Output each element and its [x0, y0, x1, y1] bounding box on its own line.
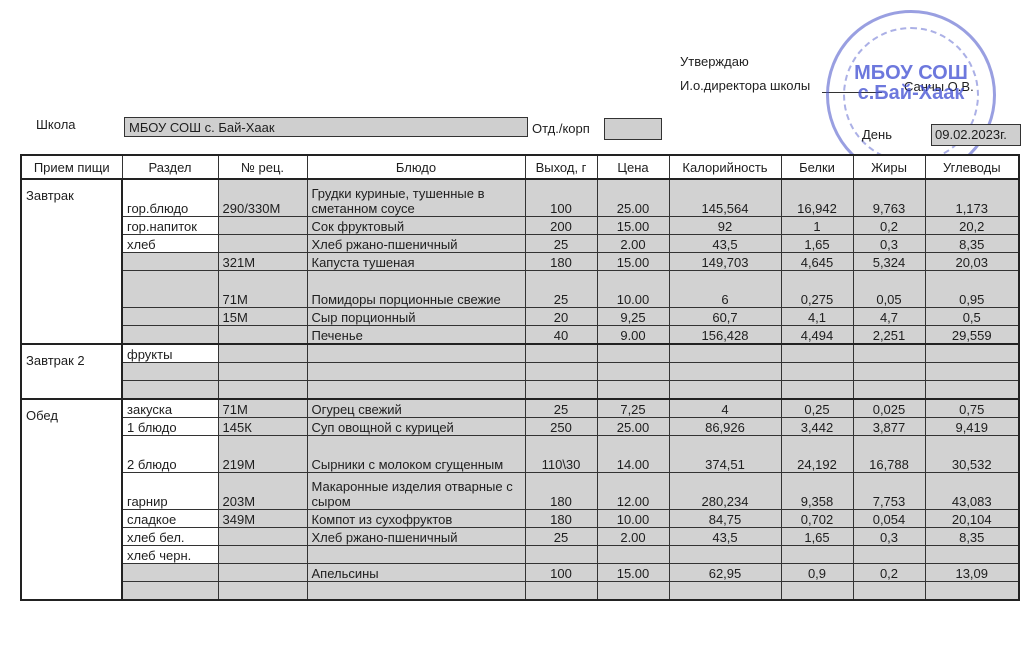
table-row: сладкое349МКомпот из сухофруктов18010.00…: [21, 510, 1019, 528]
section-cell: закуска: [122, 399, 218, 418]
kcal-cell: 60,7: [669, 308, 781, 326]
protein-cell: 4,1: [781, 308, 853, 326]
recipe-cell: [218, 217, 307, 235]
price-cell: 14.00: [597, 436, 669, 473]
section-cell: хлеб: [122, 235, 218, 253]
column-header: Блюдо: [307, 155, 525, 179]
meal-cell: Завтрак 2: [21, 344, 122, 399]
fat-cell: 7,753: [853, 473, 925, 510]
meal-cell: Завтрак: [21, 179, 122, 344]
column-header: Прием пищи: [21, 155, 122, 179]
yield-cell: 200: [525, 217, 597, 235]
fat-cell: [853, 344, 925, 363]
fat-cell: 2,251: [853, 326, 925, 345]
protein-cell: 4,494: [781, 326, 853, 345]
recipe-cell: [218, 582, 307, 601]
kcal-cell: 374,51: [669, 436, 781, 473]
yield-cell: 20: [525, 308, 597, 326]
dish-cell: Хлеб ржано-пшеничный: [307, 528, 525, 546]
recipe-cell: 71М: [218, 399, 307, 418]
dish-cell: Сырники с молоком сгущенным: [307, 436, 525, 473]
dept-label: Отд./корп: [532, 121, 590, 136]
carbs-cell: 8,35: [925, 235, 1019, 253]
price-cell: 9.00: [597, 326, 669, 345]
protein-cell: [781, 381, 853, 400]
kcal-cell: [669, 381, 781, 400]
section-cell: сладкое: [122, 510, 218, 528]
fat-cell: [853, 363, 925, 381]
day-label: День: [862, 127, 892, 142]
fat-cell: 16,788: [853, 436, 925, 473]
kcal-cell: 6: [669, 271, 781, 308]
yield-cell: 25: [525, 235, 597, 253]
recipe-cell: 145К: [218, 418, 307, 436]
dish-cell: Компот из сухофруктов: [307, 510, 525, 528]
table-header-row: Прием пищиРаздел№ рец.БлюдоВыход, гЦенаК…: [21, 155, 1019, 179]
carbs-cell: 43,083: [925, 473, 1019, 510]
meal-cell: Обед: [21, 399, 122, 600]
recipe-cell: 321М: [218, 253, 307, 271]
fat-cell: 0,025: [853, 399, 925, 418]
kcal-cell: [669, 582, 781, 601]
dish-cell: [307, 381, 525, 400]
carbs-cell: 29,559: [925, 326, 1019, 345]
carbs-cell: 13,09: [925, 564, 1019, 582]
protein-cell: [781, 546, 853, 564]
dish-cell: Апельсины: [307, 564, 525, 582]
carbs-cell: [925, 363, 1019, 381]
recipe-cell: [218, 381, 307, 400]
dish-cell: [307, 363, 525, 381]
protein-cell: 3,442: [781, 418, 853, 436]
yield-cell: [525, 546, 597, 564]
recipe-cell: [218, 528, 307, 546]
carbs-cell: 20,104: [925, 510, 1019, 528]
kcal-cell: 280,234: [669, 473, 781, 510]
carbs-cell: 9,419: [925, 418, 1019, 436]
kcal-cell: 43,5: [669, 528, 781, 546]
table-row: [21, 381, 1019, 400]
fat-cell: 0,05: [853, 271, 925, 308]
price-cell: 25.00: [597, 418, 669, 436]
yield-cell: 180: [525, 253, 597, 271]
fat-cell: 9,763: [853, 179, 925, 217]
price-cell: [597, 344, 669, 363]
column-header: Выход, г: [525, 155, 597, 179]
protein-cell: 24,192: [781, 436, 853, 473]
kcal-cell: 62,95: [669, 564, 781, 582]
protein-cell: 1: [781, 217, 853, 235]
kcal-cell: 84,75: [669, 510, 781, 528]
director-label: И.о.директора школы: [680, 78, 810, 93]
price-cell: [597, 381, 669, 400]
dish-cell: Капуста тушеная: [307, 253, 525, 271]
table-row: [21, 363, 1019, 381]
price-cell: 15.00: [597, 564, 669, 582]
table-row: хлеб черн.: [21, 546, 1019, 564]
recipe-cell: 71М: [218, 271, 307, 308]
protein-cell: 1,65: [781, 528, 853, 546]
price-cell: 10.00: [597, 271, 669, 308]
kcal-cell: 145,564: [669, 179, 781, 217]
carbs-cell: [925, 582, 1019, 601]
price-cell: 15.00: [597, 253, 669, 271]
yield-cell: 40: [525, 326, 597, 345]
kcal-cell: 4: [669, 399, 781, 418]
fat-cell: 0,3: [853, 528, 925, 546]
price-cell: 9,25: [597, 308, 669, 326]
yield-cell: [525, 381, 597, 400]
yield-cell: 110\30: [525, 436, 597, 473]
signature-line: [822, 92, 882, 93]
column-header: № рец.: [218, 155, 307, 179]
signer-name: Санчы О.В.: [904, 79, 974, 94]
table-row: Обедзакуска71МОгурец свежий257,2540,250,…: [21, 399, 1019, 418]
protein-cell: 9,358: [781, 473, 853, 510]
yield-cell: 250: [525, 418, 597, 436]
fat-cell: 3,877: [853, 418, 925, 436]
price-cell: 2.00: [597, 235, 669, 253]
fat-cell: 5,324: [853, 253, 925, 271]
recipe-cell: [218, 363, 307, 381]
kcal-cell: 43,5: [669, 235, 781, 253]
carbs-cell: 0,75: [925, 399, 1019, 418]
carbs-cell: 8,35: [925, 528, 1019, 546]
school-field[interactable]: МБОУ СОШ с. Бай-Хаак: [124, 117, 528, 137]
column-header: Раздел: [122, 155, 218, 179]
yield-cell: [525, 582, 597, 601]
menu-table: Прием пищиРаздел№ рец.БлюдоВыход, гЦенаК…: [20, 154, 1020, 601]
yield-cell: 25: [525, 399, 597, 418]
recipe-cell: [218, 344, 307, 363]
protein-cell: [781, 344, 853, 363]
dish-cell: Суп овощной с курицей: [307, 418, 525, 436]
column-header: Белки: [781, 155, 853, 179]
dish-cell: [307, 546, 525, 564]
dish-cell: [307, 344, 525, 363]
protein-cell: [781, 363, 853, 381]
section-cell: [122, 381, 218, 400]
section-cell: [122, 308, 218, 326]
table-row: Печенье409.00156,4284,4942,25129,559: [21, 326, 1019, 345]
recipe-cell: 219М: [218, 436, 307, 473]
dish-cell: Сок фруктовый: [307, 217, 525, 235]
dish-cell: [307, 582, 525, 601]
dish-cell: Сыр порционный: [307, 308, 525, 326]
price-cell: 2.00: [597, 528, 669, 546]
table-row: хлебХлеб ржано-пшеничный252.0043,51,650,…: [21, 235, 1019, 253]
yield-cell: [525, 363, 597, 381]
yield-cell: 25: [525, 528, 597, 546]
yield-cell: 180: [525, 510, 597, 528]
section-cell: [122, 271, 218, 308]
kcal-cell: [669, 344, 781, 363]
carbs-cell: [925, 381, 1019, 400]
table-row: хлеб бел.Хлеб ржано-пшеничный252.0043,51…: [21, 528, 1019, 546]
column-header: Углеводы: [925, 155, 1019, 179]
recipe-cell: [218, 564, 307, 582]
table-row: гарнир203ММакаронные изделия отварные с …: [21, 473, 1019, 510]
fat-cell: 4,7: [853, 308, 925, 326]
dish-cell: Огурец свежий: [307, 399, 525, 418]
kcal-cell: [669, 363, 781, 381]
fat-cell: 0,2: [853, 564, 925, 582]
protein-cell: [781, 582, 853, 601]
section-cell: 2 блюдо: [122, 436, 218, 473]
carbs-cell: 0,5: [925, 308, 1019, 326]
table-row: 2 блюдо219МСырники с молоком сгущенным11…: [21, 436, 1019, 473]
fat-cell: 0,2: [853, 217, 925, 235]
protein-cell: 1,65: [781, 235, 853, 253]
section-cell: хлеб черн.: [122, 546, 218, 564]
kcal-cell: [669, 546, 781, 564]
recipe-cell: 349М: [218, 510, 307, 528]
carbs-cell: [925, 344, 1019, 363]
table-row: 321МКапуста тушеная18015.00149,7034,6455…: [21, 253, 1019, 271]
section-cell: гарнир: [122, 473, 218, 510]
price-cell: [597, 363, 669, 381]
column-header: Жиры: [853, 155, 925, 179]
carbs-cell: 1,173: [925, 179, 1019, 217]
table-row: 71МПомидоры порционные свежие2510.0060,2…: [21, 271, 1019, 308]
kcal-cell: 86,926: [669, 418, 781, 436]
table-row: Апельсины10015.0062,950,90,213,09: [21, 564, 1019, 582]
price-cell: [597, 546, 669, 564]
yield-cell: 100: [525, 179, 597, 217]
price-cell: 15.00: [597, 217, 669, 235]
dish-cell: Грудки куриные, тушенные в сметанном соу…: [307, 179, 525, 217]
dish-cell: Помидоры порционные свежие: [307, 271, 525, 308]
section-cell: [122, 564, 218, 582]
table-row: 1 блюдо145КСуп овощной с курицей25025.00…: [21, 418, 1019, 436]
table-row: Завтракгор.блюдо290/330МГрудки куриные, …: [21, 179, 1019, 217]
recipe-cell: [218, 546, 307, 564]
recipe-cell: 203М: [218, 473, 307, 510]
section-cell: [122, 363, 218, 381]
fat-cell: [853, 546, 925, 564]
section-cell: гор.блюдо: [122, 179, 218, 217]
kcal-cell: 156,428: [669, 326, 781, 345]
column-header: Цена: [597, 155, 669, 179]
fat-cell: 0,054: [853, 510, 925, 528]
table-row: 15МСыр порционный209,2560,74,14,70,5: [21, 308, 1019, 326]
fat-cell: 0,3: [853, 235, 925, 253]
recipe-cell: [218, 326, 307, 345]
section-cell: [122, 326, 218, 345]
recipe-cell: [218, 235, 307, 253]
school-label: Школа: [36, 117, 76, 132]
protein-cell: 0,9: [781, 564, 853, 582]
yield-cell: 180: [525, 473, 597, 510]
protein-cell: 0,275: [781, 271, 853, 308]
approve-label: Утверждаю: [680, 54, 749, 69]
section-cell: гор.напиток: [122, 217, 218, 235]
fat-cell: [853, 381, 925, 400]
day-field[interactable]: 09.02.2023г.: [931, 124, 1021, 146]
carbs-cell: 0,95: [925, 271, 1019, 308]
carbs-cell: 20,2: [925, 217, 1019, 235]
protein-cell: 0,702: [781, 510, 853, 528]
kcal-cell: 149,703: [669, 253, 781, 271]
protein-cell: 16,942: [781, 179, 853, 217]
kcal-cell: 92: [669, 217, 781, 235]
yield-cell: [525, 344, 597, 363]
carbs-cell: 20,03: [925, 253, 1019, 271]
dish-cell: Хлеб ржано-пшеничный: [307, 235, 525, 253]
column-header: Калорийность: [669, 155, 781, 179]
carbs-cell: 30,532: [925, 436, 1019, 473]
section-cell: 1 блюдо: [122, 418, 218, 436]
price-cell: 25.00: [597, 179, 669, 217]
carbs-cell: [925, 546, 1019, 564]
yield-cell: 100: [525, 564, 597, 582]
yield-cell: 25: [525, 271, 597, 308]
price-cell: 10.00: [597, 510, 669, 528]
protein-cell: 4,645: [781, 253, 853, 271]
price-cell: [597, 582, 669, 601]
section-cell: [122, 582, 218, 601]
table-row: гор.напитокСок фруктовый20015.009210,220…: [21, 217, 1019, 235]
section-cell: фрукты: [122, 344, 218, 363]
dish-cell: Макаронные изделия отварные с сыром: [307, 473, 525, 510]
dish-cell: Печенье: [307, 326, 525, 345]
section-cell: [122, 253, 218, 271]
protein-cell: 0,25: [781, 399, 853, 418]
recipe-cell: 290/330М: [218, 179, 307, 217]
recipe-cell: 15М: [218, 308, 307, 326]
dept-field[interactable]: [604, 118, 662, 140]
price-cell: 7,25: [597, 399, 669, 418]
price-cell: 12.00: [597, 473, 669, 510]
table-row: Завтрак 2фрукты: [21, 344, 1019, 363]
section-cell: хлеб бел.: [122, 528, 218, 546]
fat-cell: [853, 582, 925, 601]
table-row: [21, 582, 1019, 601]
